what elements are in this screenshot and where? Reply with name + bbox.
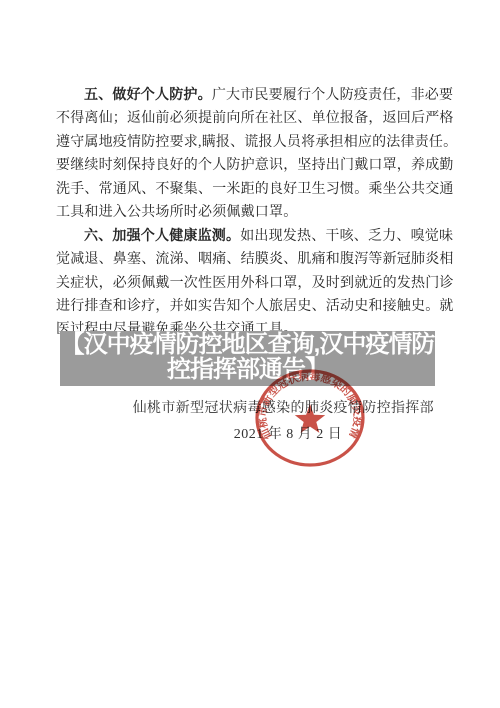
doc-line: 洗手、常通风、不聚集、一米距的良好卫生习惯。乘坐公共交通 — [56, 178, 445, 201]
signature-organization: 仙桃市新型冠状病毒感染的肺炎疫情防控指挥部 — [133, 397, 434, 417]
section-heading: 五、做好个人防护。 — [84, 88, 212, 103]
doc-line: 要继续时刻保持良好的个人防护意识，坚持出门戴口罩，养成勤 — [56, 154, 445, 177]
doc-line: 遵守属地疫情防控要求,瞒报、谎报人员将承担相应的法律责任。 — [56, 131, 445, 154]
doc-line: 不得离仙；返仙前必须提前向所在社区、单位报备，返回后严格 — [56, 107, 445, 130]
doc-line: 工具和进入公共场所时必须佩戴口罩。 — [56, 201, 445, 224]
doc-line-text: 不得离仙；返仙前必须提前向所在社区、单位报备，返回后严格 — [56, 111, 454, 126]
doc-line-text: 工具和进入公共场所时必须佩戴口罩。 — [56, 205, 297, 220]
doc-line-text: 要继续时刻保持良好的个人防护意识，坚持出门戴口罩，养成勤 — [56, 158, 454, 173]
section-heading: 六、加强个人健康监测。 — [84, 229, 240, 244]
doc-line: 关症状，必须佩戴一次性医用外科口罩，及时到就近的发热门诊 — [56, 272, 445, 295]
signature-date: 2021 年 8 月 2 日 — [205, 423, 371, 443]
doc-line: 觉减退、鼻塞、流涕、咽痛、结膜炎、肌痛和腹泻等新冠肺炎相 — [56, 248, 445, 271]
doc-line-text: 遵守属地疫情防控要求,瞒报、谎报人员将承担相应的法律责任。 — [56, 135, 457, 150]
document-page: 五、做好个人防护。广大市民要履行个人防疫责任，非必要 不得离仙；返仙前必须提前向… — [0, 0, 500, 708]
watermark-overlay-bar: 【汉中疫情防控地区查询,汉中疫情防 控指挥部通告】 — [60, 331, 435, 386]
doc-line: 六、加强个人健康监测。如出现发热、干咳、乏力、嗅觉味 — [56, 225, 445, 248]
doc-line-text: 觉减退、鼻塞、流涕、咽痛、结膜炎、肌痛和腹泻等新冠肺炎相 — [56, 252, 454, 267]
doc-line-text: 洗手、常通风、不聚集、一米距的良好卫生习惯。乘坐公共交通 — [56, 182, 454, 197]
watermark-text-line1: 【汉中疫情防控地区查询,汉中疫情防 — [61, 331, 435, 359]
doc-line-text: 关症状，必须佩戴一次性医用外科口罩，及时到就近的发热门诊 — [56, 276, 454, 291]
watermark-text-line2: 控指挥部通告】 — [167, 356, 328, 384]
doc-line: 五、做好个人防护。广大市民要履行个人防疫责任，非必要 — [56, 84, 445, 107]
doc-line-text: 如出现发热、干咳、乏力、嗅觉味 — [240, 229, 453, 244]
document-body: 五、做好个人防护。广大市民要履行个人防疫责任，非必要 不得离仙；返仙前必须提前向… — [56, 84, 445, 342]
doc-line-text: 进行排查和诊疗，并如实告知个人旅居史、活动史和接触史。就 — [56, 299, 454, 314]
doc-line-text: 广大市民要履行个人防疫责任，非必要 — [212, 88, 453, 103]
doc-line: 进行排查和诊疗，并如实告知个人旅居史、活动史和接触史。就 — [56, 295, 445, 318]
